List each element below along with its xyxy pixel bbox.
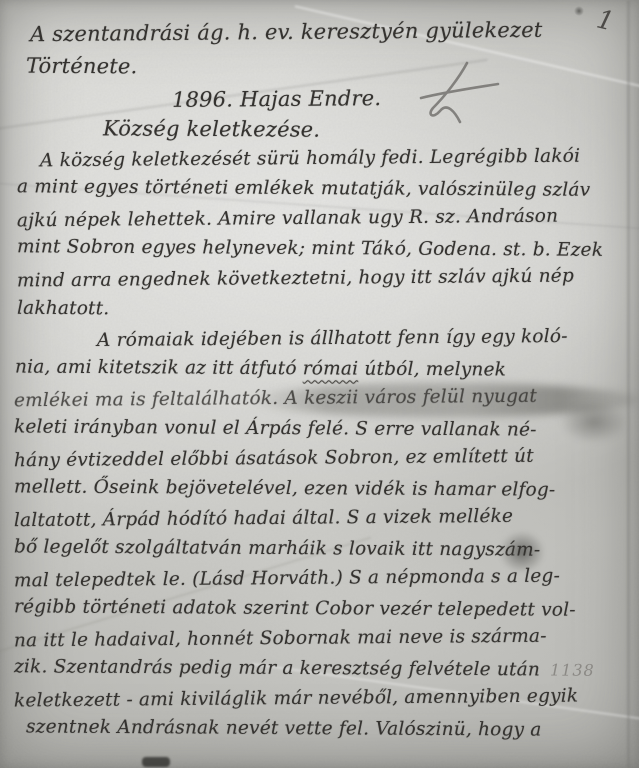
line-text: útból, melynek [358, 359, 506, 381]
paper-grain-texture [0, 0, 639, 768]
manuscript-line: A község keletkezését sürü homály fedi. … [40, 146, 580, 172]
stain [560, 401, 628, 443]
title-line-1: A szentandrási ág. h. ev. keresztyén gyü… [30, 18, 543, 46]
crease [627, 0, 630, 768]
line-text: zik. Szentandrás pedig már a keresztség … [14, 656, 540, 680]
manuscript-line: A rómaiak idejében is állhatott fenn így… [97, 326, 568, 351]
manuscript-line: a mint egyes történeti emlékek mutatják,… [17, 176, 590, 201]
marginal-year: 1138 [550, 661, 595, 680]
manuscript-line: mint Sobron egyes helynevek; mint Tákó, … [17, 236, 603, 261]
manuscript-line: régibb történeti adatok szerint Cobor ve… [14, 596, 576, 620]
manuscript-line: na itt le hadaival, honnét Sobornak mai … [14, 626, 547, 652]
manuscript-line: nia, ami kitetszik az itt átfutó római ú… [15, 357, 506, 381]
manuscript-line: szentnek Andrásnak nevét vette fel. Való… [26, 716, 542, 740]
manuscript-line: ajkú népek lehettek. Amire vallanak ugy … [17, 206, 558, 232]
manuscript-line: mind arra engednek következtetni, hogy i… [17, 266, 574, 292]
line-text: nia, ami kitetszik az itt átfutó [15, 357, 303, 380]
pencil-letter-a-icon [415, 58, 505, 128]
ink-dot [574, 6, 584, 16]
manuscript-line: laltatott, Árpád hódító hadai által. S a… [14, 506, 513, 531]
title-line-2: Története. [26, 54, 138, 79]
page-number: 1 [594, 4, 617, 37]
manuscript-line: mellett. Őseink bejövetelével, ezen vidé… [14, 476, 556, 500]
section-heading: Község keletkezése. [103, 116, 320, 141]
manuscript-line: lakhatott. [17, 298, 110, 320]
manuscript-line-smudged: emlékei ma is feltalálhatók. A keszii vá… [14, 386, 537, 412]
byline: 1896. Hajas Endre. [172, 86, 381, 112]
manuscript-line: mal telepedtek le. (Lásd Horváth.) S a n… [14, 566, 560, 592]
manuscript-line: keletkezett - ami kiviláglik már nevéből… [14, 686, 578, 712]
manuscript-page: 1 A szentandrási ág. h. ev. keresztyén g… [0, 0, 639, 768]
manuscript-line: bő legelőt szolgáltatván marháik s lovai… [14, 536, 541, 560]
underlined-word-romai: római [303, 358, 359, 379]
edge-mark [142, 757, 170, 767]
manuscript-line: keleti irányban vonul el Árpás felé. S e… [14, 416, 537, 440]
manuscript-line: zik. Szentandrás pedig már a keresztség … [14, 656, 595, 681]
manuscript-line: hány évtizeddel előbbi ásatások Sobron, … [14, 446, 534, 472]
